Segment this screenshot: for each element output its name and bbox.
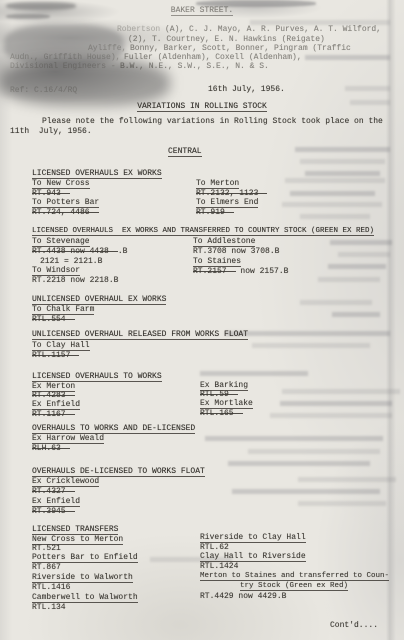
transfer-route: Clay Hall to Riverside bbox=[200, 552, 306, 561]
bleed-through-smudge bbox=[280, 401, 392, 406]
distribution-line: (2), T. Courtney, E. N. Hawkins (Reigate… bbox=[128, 35, 325, 44]
bleed-through-smudge bbox=[200, 371, 308, 376]
section-heading: UNLICENSED OVERHAUL RELEASED FROM WORKS … bbox=[32, 330, 248, 339]
transfer-route: Riverside to Clay Hall bbox=[200, 533, 306, 542]
section-heading: LICENSED OVERHAULS EX WORKS AND TRANSFER… bbox=[32, 227, 374, 236]
entry-location: Ex Mortlake bbox=[200, 399, 253, 408]
bleed-through-smudge bbox=[205, 436, 383, 441]
document-date: 16th July, 1956. bbox=[208, 85, 285, 94]
continuation-note: Cont'd.... bbox=[330, 621, 378, 630]
intro-paragraph-line: 11th July, 1956. bbox=[10, 127, 92, 136]
entry-location: To Staines bbox=[193, 257, 241, 266]
letterhead-office: BAKER STREET. bbox=[0, 6, 404, 15]
entry-location: To Chalk Farm bbox=[32, 305, 94, 314]
distribution-line: B.W., N.E., S.W., S.E., N. & S. bbox=[120, 62, 269, 71]
bleed-through-smudge bbox=[232, 489, 380, 494]
transfer-route: try Stock (Green ex Red) bbox=[240, 582, 348, 591]
section-heading: LICENSED OVERHAULS EX WORKS bbox=[32, 169, 162, 178]
bleed-through-smudge bbox=[318, 277, 380, 282]
bleed-through-smudge bbox=[332, 312, 380, 317]
bleed-through-smudge bbox=[298, 501, 386, 506]
entry-number: RTL.1157 bbox=[32, 351, 79, 360]
bleed-through-smudge bbox=[228, 461, 370, 466]
section-heading: UNLICENSED OVERHAUL EX WORKS bbox=[32, 295, 166, 304]
entry-location: To Addlestone bbox=[193, 237, 255, 246]
distribution-line: Fuller (Aldenham), Coxell (Aldenham), bbox=[124, 53, 302, 62]
bleed-through-smudge bbox=[300, 300, 372, 305]
scanned-document-page: BAKER STREET. Robertson (A), C. J. Mayo,… bbox=[0, 0, 404, 640]
bleed-through-smudge bbox=[225, 331, 390, 336]
bleed-through-smudge bbox=[290, 191, 375, 196]
entry-location: To Stevenage bbox=[32, 237, 90, 246]
entry-number: RT.2132, 1123 bbox=[196, 189, 267, 198]
entry-number: RTL.1416 bbox=[32, 583, 70, 592]
bleed-through-smudge bbox=[282, 389, 400, 394]
bleed-through-smudge bbox=[300, 159, 385, 164]
entry-number: RT.724, 4486 bbox=[32, 208, 99, 217]
entry-location: Ex Harrow Weald bbox=[32, 434, 104, 443]
transfer-route: Merton to Staines and transferred to Cou… bbox=[200, 572, 389, 581]
entry-number: RT.943 bbox=[32, 189, 70, 198]
transfer-route: Riverside to Walworth bbox=[32, 573, 133, 582]
bleed-through-smudge bbox=[295, 147, 390, 152]
entry-location: Ex Cricklewood bbox=[32, 477, 99, 486]
intro-paragraph-line: Please note the following variations in … bbox=[42, 117, 383, 126]
section-heading: LICENSED TRANSFERS bbox=[32, 525, 118, 534]
entry-location: To New Cross bbox=[32, 179, 90, 188]
section-heading: LICENSED OVERHAULS TO WORKS bbox=[32, 372, 162, 381]
entry-location: Ex Enfield bbox=[32, 400, 80, 409]
document-title: VARIATIONS IN ROLLING STOCK bbox=[0, 102, 404, 111]
entry-number: RT.2157 now 2157.B bbox=[193, 267, 288, 276]
entry-number: RLH.63 bbox=[32, 444, 70, 453]
bleed-through-smudge bbox=[330, 240, 392, 245]
entry-number: RTL.554 bbox=[32, 315, 75, 324]
entry-number: RTL.165 bbox=[200, 409, 243, 418]
entry-number: RT.2218 now 2218.B bbox=[32, 276, 118, 285]
bleed-through-smudge bbox=[285, 178, 385, 183]
entry-number: RT.3945 bbox=[32, 507, 75, 516]
bleed-through-smudge bbox=[305, 171, 380, 176]
entry-number: RT.4438 now 4438.B bbox=[32, 247, 127, 256]
bleed-through-smudge bbox=[252, 343, 370, 348]
entry-number: RT.919 bbox=[196, 208, 234, 217]
bleed-through-smudge bbox=[300, 214, 370, 219]
bleed-through-smudge bbox=[270, 413, 392, 418]
entry-number: RT.867 bbox=[32, 563, 61, 572]
distribution-line: Audn., Griffith House), bbox=[10, 53, 120, 62]
bleed-through-smudge bbox=[345, 86, 390, 91]
entry-number: RTL.134 bbox=[32, 603, 66, 612]
bleed-through-smudge bbox=[305, 55, 390, 60]
entry-location: Ex Merton bbox=[32, 382, 75, 391]
section-heading: OVERHAULS TO WORKS AND DE-LICENSED bbox=[32, 424, 195, 433]
entry-location: To Windsor bbox=[32, 266, 80, 275]
entry-location: Ex Enfield bbox=[32, 497, 80, 506]
distribution-line: Divisional Engineers - bbox=[10, 62, 116, 71]
entry-location: Ex Barking bbox=[200, 381, 248, 390]
entry-number: RT.1167 bbox=[32, 410, 75, 419]
bleed-through-smudge bbox=[298, 477, 396, 482]
entry-location: To Elmers End bbox=[196, 198, 258, 207]
entry-number: RT.4283 bbox=[32, 391, 75, 400]
bleed-through-smudge bbox=[328, 264, 386, 269]
entry-location: To Merton bbox=[196, 179, 239, 188]
entry-number: RTL.62 bbox=[200, 543, 229, 552]
entry-number: RT.3708 now 3708.B bbox=[193, 247, 279, 256]
entry-number: RT.4429 now 4429.B bbox=[200, 592, 286, 601]
transfer-route: Camberwell to Walworth bbox=[32, 593, 138, 602]
entry-number: RTL.59 bbox=[200, 390, 238, 399]
bleed-through-smudge bbox=[282, 202, 382, 207]
distribution-line: Robertson bbox=[117, 25, 160, 34]
transfer-route: New Cross to Merton bbox=[32, 535, 123, 544]
reference-number: Ref: C.16/4/RQ bbox=[10, 86, 77, 95]
distribution-line: Ayliffe, bbox=[88, 44, 126, 53]
distribution-line: (A), C. J. Mayo, A. R. Purves, A. T. Wil… bbox=[165, 25, 381, 34]
entry-location: To Clay Hall bbox=[32, 341, 90, 350]
bleed-through-smudge bbox=[248, 449, 380, 454]
section-heading: OVERHAULS DE-LICENSED TO WORKS FLOAT bbox=[32, 467, 205, 476]
entry-number: RTL.1424 bbox=[200, 562, 238, 571]
entry-number: 2121 = 2121.B bbox=[40, 257, 102, 266]
bleed-through-smudge bbox=[338, 252, 390, 257]
region-heading: CENTRAL bbox=[168, 147, 202, 156]
entry-number: RT.521 bbox=[32, 544, 61, 553]
entry-location: To Potters Bar bbox=[32, 198, 99, 207]
distribution-line: Bonny, Barker, Scott, Bonner, Pingram (T… bbox=[130, 44, 351, 53]
entry-number: RT.4327 bbox=[32, 487, 75, 496]
transfer-route: Potters Bar to Enfield bbox=[32, 553, 138, 562]
